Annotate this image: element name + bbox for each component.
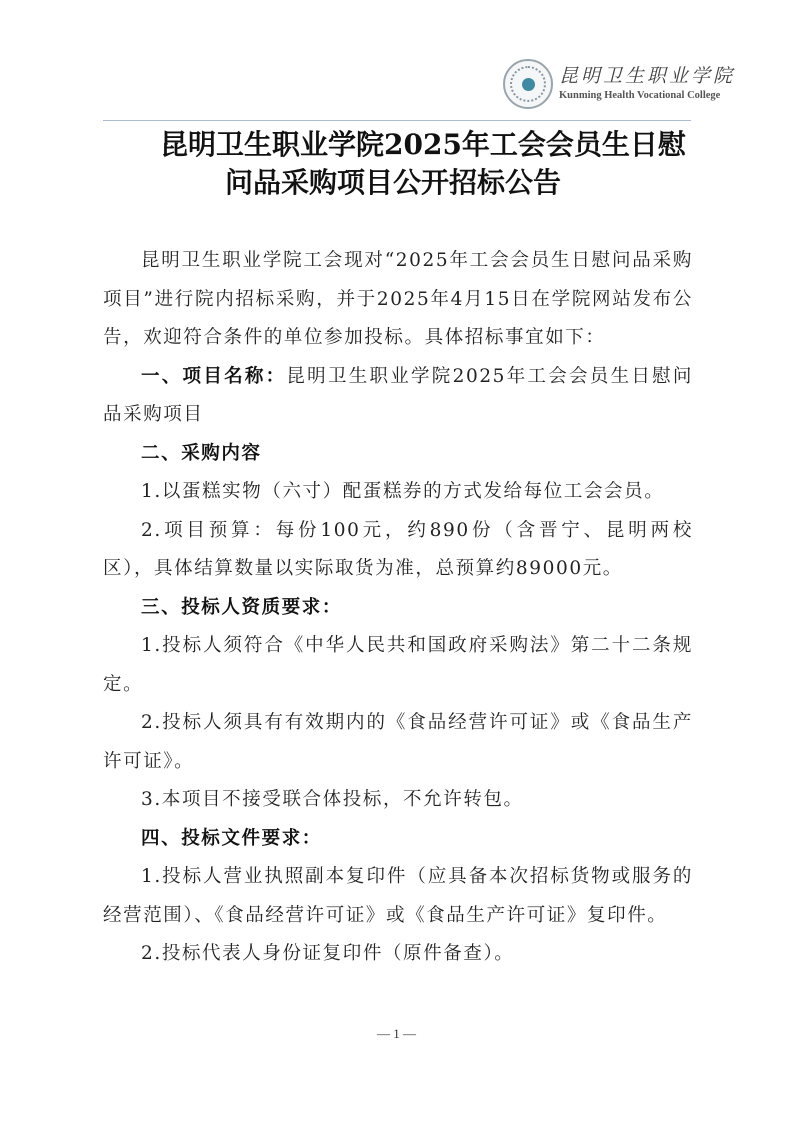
section-heading-bid-documents: 四、投标文件要求： xyxy=(103,820,693,859)
logo-text: 昆明卫生职业学院 Kunming Health Vocational Colle… xyxy=(559,67,735,102)
procurement-item-2: 2.项目预算：每份100元，约890份（含晋宁、昆明两校区），具体结算数量以实际… xyxy=(103,512,693,589)
logo-chinese-name: 昆明卫生职业学院 xyxy=(559,67,735,86)
header-divider xyxy=(103,120,691,121)
title-line-2: 问品采购项目公开招标公告 xyxy=(100,164,720,202)
college-seal-icon xyxy=(503,59,553,109)
logo-english-name: Kunming Health Vocational College xyxy=(559,91,735,102)
section-heading: 一、项目名称： xyxy=(141,366,286,387)
page-number: — 1 — xyxy=(0,1026,793,1042)
procurement-item-1: 1.以蛋糕实物（六寸）配蛋糕券的方式发给每位工会会员。 xyxy=(103,473,693,512)
document-title: 昆明卫生职业学院2025年工会会员生日慰 问品采购项目公开招标公告 xyxy=(100,126,720,202)
qualification-item-1: 1.投标人须符合《中华人民共和国政府采购法》第二十二条规定。 xyxy=(103,627,693,704)
section-heading-procurement: 二、采购内容 xyxy=(103,435,693,474)
bid-document-item-2: 2.投标代表人身份证复印件（原件备查）。 xyxy=(103,935,693,974)
section-heading-qualifications: 三、投标人资质要求： xyxy=(103,589,693,628)
intro-paragraph: 昆明卫生职业学院工会现对“2025年工会会员生日慰问品采购项目”进行院内招标采购… xyxy=(103,242,693,358)
qualification-item-3: 3.本项目不接受联合体投标，不允许转包。 xyxy=(103,781,693,820)
title-line-1: 昆明卫生职业学院2025年工会会员生日慰 xyxy=(100,126,720,164)
section-project-name: 一、项目名称：昆明卫生职业学院2025年工会会员生日慰问品采购项目 xyxy=(103,358,693,435)
college-logo: 昆明卫生职业学院 Kunming Health Vocational Colle… xyxy=(503,58,738,110)
qualification-item-2: 2.投标人须具有有效期内的《食品经营许可证》或《食品生产许可证》。 xyxy=(103,704,693,781)
bid-document-item-1: 1.投标人营业执照副本复印件（应具备本次招标货物或服务的经营范围）、《食品经营许… xyxy=(103,858,693,935)
document-body: 昆明卫生职业学院工会现对“2025年工会会员生日慰问品采购项目”进行院内招标采购… xyxy=(103,242,693,974)
